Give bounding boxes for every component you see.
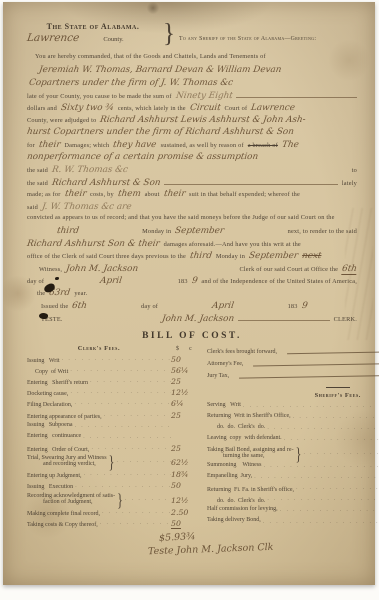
writ-segment: Issued the [41, 303, 68, 310]
dot-leader: ···················· [123, 498, 171, 503]
writ-line: the saidRichard Ashhurst & Sonlately [27, 177, 357, 189]
fee-row: Empanelling Jury,···················· [207, 473, 379, 484]
dot-leader: ···················· [73, 425, 172, 430]
dot-leader: ···················· [98, 522, 171, 527]
fee-label: Copy of Writ [27, 369, 68, 375]
fee-row: Leaving copy with defendant.············… [207, 435, 379, 446]
fee-amount-value: 50 [171, 481, 181, 490]
writ-segment: Copartners under the firm of J. W. Thoma… [28, 78, 233, 88]
writ-segment: a breach of [248, 142, 278, 149]
writ-line: TESTE.John M. JacksonCLERK. [27, 313, 357, 325]
fee-amount: 6¼ [171, 399, 197, 408]
sheriff-fees-column: Clerk's fees brought forward,$5.93¾Attor… [207, 345, 379, 543]
fee-row: Returning Fi. Fa. in Sheriff's office,··… [207, 484, 379, 495]
fee-row: Filing Declaration,····················6… [27, 399, 197, 410]
writ-segment: John M. Jackson [161, 314, 234, 324]
clerk-fee-list: Issuing Writ····················50Copy o… [27, 355, 197, 530]
fill-rule [238, 313, 329, 321]
fee-label-line: Summoning Witness [207, 462, 261, 468]
writ-segment: Witness, [39, 266, 62, 273]
fee-row: Taking Bail Bond, assigning and re-turni… [207, 447, 379, 462]
fee-label-line: Returning Writ in Sheriff's Office, [207, 413, 291, 419]
writ-segment: 6th [72, 301, 88, 311]
clerk-fees-title: Clerk's Fees. [27, 345, 171, 352]
writ-line: the saidR. W. Thomas &cto [27, 165, 357, 177]
fee-row: Entering continuance···················· [27, 433, 197, 444]
fee-amount: 56¼ [171, 366, 197, 375]
fee-label-line: Entering Order of Court, [27, 447, 89, 453]
fee-amount-value: 62½ [171, 458, 188, 467]
writ-segment: 183 [288, 303, 298, 310]
clerk-fees-header: Clerk's Fees. $ c [27, 345, 197, 352]
writ-segment: next [301, 251, 322, 261]
writ-segment: year. [74, 290, 87, 297]
writ-line: Witness,John M. JacksonClerk of our said… [27, 264, 357, 276]
state-title: The State of Alabama. [27, 22, 159, 31]
fee-amount-value: 18¾ [171, 470, 188, 479]
writ-line: nonperformance of a certain promise & as… [27, 152, 357, 164]
writ-segment: their [64, 189, 87, 199]
bill-of-cost: Clerk's Fees. $ c Issuing Writ··········… [27, 345, 357, 543]
writ-line: Issued the6thday ofApril1839 [27, 301, 357, 313]
writ-segment: Circuit [189, 103, 221, 113]
county-name-handwritten: Lawrence [26, 32, 80, 44]
writ-segment: 183 [178, 278, 188, 285]
fee-amount-value: 56¼ [171, 366, 188, 375]
fee-row: Recording acknowledgment of satis-factio… [27, 493, 197, 508]
fee-row: Entering Sheriff's return···············… [27, 377, 197, 388]
fee-label-line: Leaving copy with defendant. [207, 435, 282, 441]
writ-segment: their [163, 189, 186, 199]
writ-segment: County, were adjudged to [27, 117, 96, 124]
writ-segment: hurst Copartners under the firm of Richa… [26, 127, 294, 137]
fee-row: Serving Writ···················· [207, 402, 379, 413]
fee-label: Serving Writ [207, 402, 241, 408]
fee-amount: 2.50 [171, 508, 197, 517]
fee-row: Taking delivery Bond,···················… [207, 517, 379, 528]
fee-label-line: Half commission for levying, [207, 506, 278, 512]
writ-line: fortheirDamages; whichthey havesustained… [27, 140, 357, 152]
fee-row: Half commission for levying,············… [207, 506, 379, 517]
fee-label: Entering Sheriff's return [27, 380, 88, 386]
dot-leader: ···················· [82, 473, 172, 478]
writ-segment: Monday in [142, 228, 171, 235]
writ-segment: sustained, as well by reason of [161, 142, 244, 149]
fee-label-line: Taking costs & Copy thereof, [27, 522, 98, 528]
fee-label-line: faction of Judgment, [43, 499, 115, 505]
fee-label: Half commission for levying, [207, 506, 278, 512]
dot-leader: ···················· [68, 391, 171, 396]
writ-segment: late of your County, you cause to be mad… [27, 93, 172, 100]
writ-segment: R. W. Thomas &c [51, 165, 128, 175]
fee-row: Trial, Swearing Jury and Witnessand reco… [27, 455, 197, 470]
writ-segment: day of [141, 303, 158, 310]
writ-line: made; as fortheircosts, bythemabouttheir… [27, 189, 357, 201]
fee-label-line: Entering appearance of parties, [27, 414, 102, 420]
dot-leader: ···················· [68, 369, 171, 374]
dot-leader: ···················· [278, 509, 379, 514]
dot-leader: ···················· [265, 498, 379, 503]
fee-label-line: Entering Sheriff's return [27, 380, 88, 386]
fee-label: Recording acknowledgment of satis-factio… [27, 493, 115, 505]
fee-label: do. do. Clerk's do. [207, 424, 265, 430]
fee-label: Attorney's Fee, [207, 361, 243, 367]
fee-amount-value: 12½ [171, 496, 188, 505]
writ-segment: You are hereby commanded, that of the Go… [35, 53, 266, 60]
writ-segment: April [211, 301, 234, 311]
writ-line: the63rdyear. [27, 288, 357, 300]
fee-label: do. do. Clerk's do. [207, 498, 265, 504]
fee-row: do. do. Clerk's do.····················1… [207, 495, 379, 506]
writ-segment: Richard Ashhurst & Son [51, 178, 161, 188]
writ-segment: nonperformance of a certain promise & as… [26, 152, 258, 162]
fee-label: Entering Order of Court, [27, 447, 89, 453]
fee-row: Issuing Execution····················50 [27, 481, 197, 492]
dot-leader: ···················· [114, 460, 171, 465]
writ-line: Jeremiah W. Thomas, Barnard Devan & Will… [27, 65, 357, 77]
fee-label: Entering continuance [27, 433, 81, 439]
fee-label-line: Filing Declaration, [27, 402, 72, 408]
dot-leader: ···················· [88, 380, 171, 385]
writ-segment: lately [342, 180, 357, 187]
fee-amount-value: 50 [171, 519, 181, 529]
fee-label: Making complete final record, [27, 511, 100, 517]
writ-segment: suit in that behalf expended; whereof th… [189, 191, 300, 198]
fee-label: Summoning Witness [207, 462, 261, 468]
writ-line: County, were adjudged toRichard Ashhurst… [27, 115, 357, 127]
fee-label: Issuing Writ [27, 358, 60, 364]
dot-leader: ···················· [291, 416, 379, 421]
fill-rule [253, 356, 379, 366]
fee-label: Leaving copy with defendant. [207, 435, 282, 441]
writ-segment: dollars and [27, 105, 57, 112]
fee-label: Taking costs & Copy thereof, [27, 522, 98, 528]
writ-segment: 9 [301, 301, 308, 311]
fee-label-line: Returning Fi. Fa. in Sheriff's office, [207, 487, 294, 493]
writ-line: saidJ. W. Thomas &c are [27, 202, 357, 214]
fee-label-line: Taking delivery Bond, [207, 517, 261, 523]
writ-segment: about [145, 191, 160, 198]
fee-label-line: turning the same, [223, 453, 294, 459]
fee-row: Entering appearance of parties,·········… [27, 411, 197, 422]
fee-label-line: Copy of Writ [35, 369, 68, 375]
writ-segment: cents, which lately in the [118, 105, 186, 112]
writ-segment: third [189, 251, 212, 261]
writ-segment: to [352, 167, 357, 174]
writ-body: You are hereby commanded, that of the Go… [27, 53, 357, 326]
fee-label: Filing Declaration, [27, 402, 72, 408]
fee-label-line: Making complete final record, [27, 511, 100, 517]
writ-segment: the said [27, 180, 48, 187]
cents-column-header: c [184, 346, 197, 352]
fee-amount-value: 6¼ [171, 399, 184, 408]
sheriff-greeting: To any Sheriff of the State of Alabama—G… [179, 36, 316, 42]
fee-amount: 50 [171, 355, 197, 364]
fee-row: Making complete final record,···········… [27, 508, 197, 519]
fee-amount: 18¾ [171, 470, 197, 479]
writ-segment: September [248, 251, 298, 261]
fee-label: Docketing cause, [27, 391, 68, 397]
fee-row: Issuing Writ····················50 [27, 355, 197, 366]
dot-leader: ···················· [261, 465, 379, 470]
writ-segment: Sixty two ¾ [60, 103, 114, 113]
dot-leader: ···················· [252, 476, 379, 481]
writ-line: convicted as appears to us of record; an… [27, 214, 357, 226]
county-label: County. [103, 36, 123, 43]
writ-line: thirdMonday inSeptembernext, to render t… [27, 226, 357, 238]
writ-segment: the [37, 290, 45, 297]
sheriff-fees-title: Sheriff's Fees. [207, 392, 379, 399]
fee-label: Jury Tax, [207, 373, 229, 379]
pencil-bleedthrough [345, 208, 373, 340]
fee-row: Summoning Witness···················· [207, 462, 379, 473]
clerk-total-amount: $5.93¾ [158, 531, 195, 544]
county-row: Lawrence County. [27, 32, 159, 44]
writ-segment: John M. Jackson [66, 264, 139, 274]
writ-line: office of the Clerk of said Court three … [27, 251, 357, 263]
fee-amount: 50 [171, 519, 197, 528]
brought-forward-row: Jury Tax,2 00 [207, 369, 379, 381]
fee-amount-value: 12½ [171, 388, 188, 397]
fee-amount: 25 [171, 377, 197, 386]
fee-label: Clerk's fees brought forward, [207, 349, 277, 355]
writ-segment: 9 [191, 276, 198, 286]
writ-segment: Monday in [216, 253, 245, 260]
writ-segment: September [175, 226, 225, 236]
dot-leader: ···················· [81, 436, 171, 441]
fee-label-line: Issuing Writ [27, 358, 60, 364]
writ-segment: third [56, 226, 79, 236]
dot-leader: ···················· [294, 487, 379, 492]
writ-segment: convicted as appears to us of record; an… [27, 214, 335, 221]
clerk-fees-total: $5.93¾ [27, 532, 197, 543]
dot-leader: ···················· [89, 447, 171, 452]
writ-line: dollars andSixty two ¾cents, which latel… [27, 103, 357, 115]
dot-leader: ···················· [72, 402, 171, 407]
fee-label: Entering appearance of parties, [27, 414, 102, 420]
fee-amount: 25 [171, 444, 197, 453]
writ-segment: their [38, 140, 61, 150]
fee-amount-value: 25 [171, 411, 181, 420]
fee-amount: 50 [171, 481, 197, 490]
fee-label-line: do. do. Clerk's do. [217, 498, 265, 504]
dot-leader: ···················· [100, 511, 171, 516]
writ-line: late of your County, you cause to be mad… [27, 90, 357, 102]
dot-leader: ···················· [241, 405, 379, 410]
fee-row: Copy of Writ····················56¼ [27, 366, 197, 377]
writ-segment: Lawrence [251, 103, 296, 113]
writ-segment: Richard Ashhurst Lewis Ashhurst & John A… [100, 115, 307, 125]
fee-label: Returning Writ in Sheriff's Office, [207, 413, 291, 419]
writ-segment: for [27, 142, 35, 149]
dot-leader: ···················· [301, 452, 379, 457]
fill-rule [239, 369, 379, 379]
writ-segment: The [281, 140, 299, 150]
fee-row: Docketing cause,····················12½ [27, 388, 197, 399]
fee-label-line: Serving Writ [207, 402, 241, 408]
writ-segment: said [27, 204, 38, 211]
writ-segment: they have [113, 140, 158, 150]
sheriff-fee-list: Serving Writ····················Returnin… [207, 402, 379, 529]
fee-row: Returning Writ in Sheriff's Office,·····… [207, 413, 379, 424]
fee-label-line: Docketing cause, [27, 391, 68, 397]
writ-segment: Clerk of our said Court at Office the [239, 266, 338, 273]
fee-label: Issuing Execution [27, 484, 73, 490]
writ-segment: made; as for [27, 191, 61, 198]
dot-leader: ···················· [261, 521, 379, 526]
fill-rule [236, 90, 357, 98]
dollar-column-header: $ [171, 346, 184, 352]
brought-forward-row: Clerk's fees brought forward,$5.93¾ [207, 345, 379, 357]
fee-amount-value: 2.50 [171, 508, 188, 517]
writ-segment: Jeremiah W. Thomas, Barnard Devan & Will… [38, 65, 282, 75]
fee-label: Trial, Swearing Jury and Witnessand reco… [27, 455, 107, 467]
brought-forward-list: Clerk's fees brought forward,$5.93¾Attor… [207, 345, 379, 382]
dot-leader: ···················· [102, 414, 171, 419]
fee-label-line: Entering continuance [27, 433, 81, 439]
writ-line: day ofApril1839and of the Independence o… [27, 276, 357, 288]
writ-segment: office of the Clerk of said Court three … [27, 253, 186, 260]
fee-label-line: Empanelling Jury, [207, 473, 252, 479]
fee-label-line: do. do. Clerk's do. [217, 424, 265, 430]
fee-amount: 25 [171, 411, 197, 420]
dot-leader: ···················· [265, 427, 379, 432]
writ-line: Richard Ashhurst Son & theirdamages afor… [27, 239, 357, 251]
writ-segment: costs, by [90, 191, 114, 198]
fill-rule [164, 177, 337, 185]
fee-label-line: Recording acknowledgment of satis- [27, 493, 115, 499]
fee-label-line: Taking Bail Bond, assigning and re- [207, 447, 294, 453]
writ-segment: Ninety Eight [175, 91, 233, 101]
fee-label: Returning Fi. Fa. in Sheriff's office, [207, 487, 294, 493]
writ-line: hurst Copartners under the firm of Richa… [27, 127, 357, 139]
fee-label: Taking delivery Bond, [207, 517, 261, 523]
header-left: The State of Alabama. Lawrence County. [27, 22, 159, 44]
dot-leader: ···················· [60, 358, 171, 363]
writ-segment: Court of [225, 105, 248, 112]
fee-amount-value: 50 [171, 355, 181, 364]
writ-segment: them [117, 189, 141, 199]
document-header: The State of Alabama. Lawrence County. }… [27, 22, 357, 46]
writ-segment: the said [27, 167, 48, 174]
bill-of-cost-title: BILL OF COST. [27, 331, 357, 341]
document-paper: The State of Alabama. Lawrence County. }… [3, 2, 375, 585]
writ-segment: April [99, 276, 122, 286]
section-divider [326, 387, 350, 388]
fee-amount: 12½ [171, 388, 197, 397]
fee-label: Taking Bail Bond, assigning and re-turni… [207, 447, 294, 459]
fill-rule [287, 344, 379, 353]
fee-label: Issuing Subpoena [27, 422, 73, 428]
fee-label: Empanelling Jury, [207, 473, 252, 479]
fee-label-line: Entering up Judgment, [27, 473, 82, 479]
writ-segment: Damages; which [64, 142, 109, 149]
writ-segment: damages aforesaid.—And have you this wri… [164, 241, 301, 248]
clerk-fees-column: Clerk's Fees. $ c Issuing Writ··········… [27, 345, 197, 543]
writ-line: Copartners under the firm of J. W. Thoma… [27, 78, 357, 90]
fee-amount-value: 25 [171, 377, 181, 386]
writ-segment: Richard Ashhurst Son & their [26, 239, 160, 249]
fee-row: Issuing Subpoena···················· [27, 422, 197, 433]
fee-row: Taking costs & Copy thereof,············… [27, 519, 197, 530]
writ-segment: day of [27, 278, 44, 285]
fee-amount-value: 25 [171, 444, 181, 453]
fee-label-line: Issuing Execution [27, 484, 73, 490]
brought-forward-row: Attorney's Fee,4 00 [207, 357, 379, 369]
writ-line: You are hereby commanded, that of the Go… [27, 53, 357, 65]
fee-row: do. do. Clerk's do.···················· [207, 424, 379, 435]
fee-label: Entering up Judgment, [27, 473, 82, 479]
writ-segment: J. W. Thomas &c are [41, 202, 132, 212]
fee-amount: 62½ [171, 458, 197, 467]
fee-amount: 12½ [171, 496, 197, 505]
fee-label-line: Issuing Subpoena [27, 422, 73, 428]
fee-label-line: and recording verdict, [43, 461, 107, 467]
writ-segment: and of the Independence of the United St… [201, 278, 357, 285]
brace-glyph: } [163, 21, 175, 46]
